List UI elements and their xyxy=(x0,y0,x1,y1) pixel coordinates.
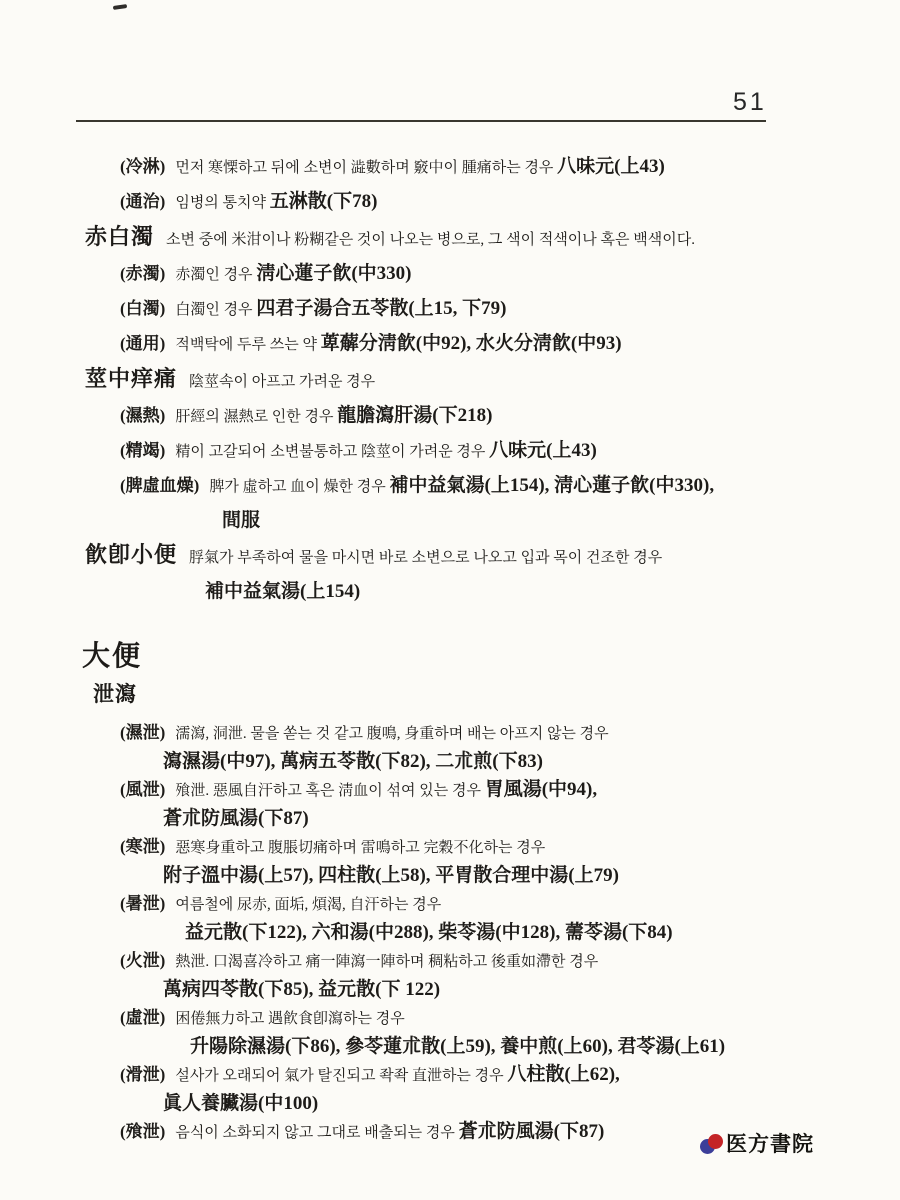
continuation-row: 間服 xyxy=(0,504,900,538)
entry-row: (濕泄)濡瀉, 洞泄. 물을 쏟는 것 같고 腹鳴, 身重하며 배는 아프지 않… xyxy=(0,719,900,748)
entry-row: (風泄)飱泄. 惡風自汗하고 혹은 淸血이 섞여 있는 경우 胃風湯(中94), xyxy=(0,776,900,805)
formula-ref: 四君子湯合五苓散(上15, 下79) xyxy=(256,298,506,319)
formula-ref: 間服 xyxy=(222,510,260,531)
book-page: 51 (冷淋)먼저 寒慄하고 뒤에 소변이 澁數하며 竅中이 腫痛하는 경우 八… xyxy=(0,0,900,1200)
continuation-row: 升陽除濕湯(下86), 參苓蓮朮散(上59), 養中煎(上60), 君苓湯(上6… xyxy=(0,1033,900,1061)
entry-label: (火泄) xyxy=(120,951,165,970)
entry-text: 적백탁에 두루 쓰는 약 xyxy=(175,337,320,353)
entry-row: (精竭)精이 고갈되어 소변불통하고 陰莖이 가려운 경우 八味元(上43) xyxy=(0,434,900,469)
entry-text: 惡寒身重하고 腹脹切痛하며 雷鳴하고 完穀不化하는 경우 xyxy=(175,840,545,856)
entry-label: (濕熱) xyxy=(120,406,165,425)
continuation-row: 補中益氣湯(上154) xyxy=(0,575,900,609)
entry-label: (濕泄) xyxy=(120,723,165,742)
formula-ref: 胃風湯(中94), xyxy=(485,779,597,800)
page-number: 51 xyxy=(733,88,767,117)
entry-text: 임병의 통치약 xyxy=(175,195,269,211)
entry-label: (通用) xyxy=(120,334,165,353)
formula-ref: 瀉濕湯(中97), 萬病五苓散(下82), 二朮煎(下83) xyxy=(163,751,543,772)
entry-row: (赤濁)赤濁인 경우 淸心蓮子飮(中330) xyxy=(0,257,900,292)
entry-label: (通治) xyxy=(120,192,165,211)
formula-ref: 補中益氣湯(上154) xyxy=(205,581,360,602)
topic-description: 소변 중에 米泔이나 粉糊같은 것이 나오는 병으로, 그 색이 적색이나 혹은… xyxy=(166,232,695,248)
entry-label: (脾虛血燥) xyxy=(120,476,199,495)
entry-text: 赤濁인 경우 xyxy=(175,267,256,283)
topic-row: 莖中痒痛陰莖속이 아프고 가려운 경우 xyxy=(0,362,900,399)
scan-artifact xyxy=(113,4,127,10)
formula-ref: 八味元(上43) xyxy=(557,156,665,177)
entry-text: 熱泄. 口渴喜冷하고 痛一陣瀉一陣하며 稠粘하고 後重如滯한 경우 xyxy=(175,954,598,970)
entry-row: (脾虛血燥)脾가 虛하고 血이 燥한 경우 補中益氣湯(上154), 淸心蓮子飮… xyxy=(0,469,900,504)
entry-text: 精이 고갈되어 소변불통하고 陰莖이 가려운 경우 xyxy=(175,444,489,460)
entry-label: (寒泄) xyxy=(120,837,165,856)
publisher-name: 医方書院 xyxy=(726,1128,814,1158)
formula-ref: 龍膽瀉肝湯(下218) xyxy=(337,405,492,426)
formula-ref: 五淋散(下78) xyxy=(270,191,378,212)
topic-heading: 飮卽小便 xyxy=(85,542,177,567)
continuation-row: 益元散(下122), 六和湯(中288), 柴苓湯(中128), 薷苓湯(下84… xyxy=(0,919,900,947)
continuation-row: 瀉濕湯(中97), 萬病五苓散(下82), 二朮煎(下83) xyxy=(0,748,900,776)
formula-ref: 補中益氣湯(上154), 淸心蓮子飮(中330), xyxy=(390,475,715,496)
continuation-row: 附子溫中湯(上57), 四柱散(上58), 平胃散合理中湯(上79) xyxy=(0,862,900,890)
entry-text: 肝經의 濕熱로 인한 경우 xyxy=(175,409,337,425)
entry-row: (火泄)熱泄. 口渴喜冷하고 痛一陣瀉一陣하며 稠粘하고 後重如滯한 경우 xyxy=(0,947,900,976)
formula-ref: 蒼朮防風湯(下87) xyxy=(459,1121,605,1142)
publisher-logo: 医方書院 xyxy=(700,1128,814,1158)
entry-label: (暑泄) xyxy=(120,894,165,913)
entry-text: 飱泄. 惡風自汗하고 혹은 淸血이 섞여 있는 경우 xyxy=(175,783,484,799)
formula-ref: 淸心蓮子飮(中330) xyxy=(256,263,411,284)
entry-row: (冷淋)먼저 寒慄하고 뒤에 소변이 澁數하며 竅中이 腫痛하는 경우 八味元(… xyxy=(0,150,900,185)
formula-ref: 眞人養臟湯(中100) xyxy=(163,1093,318,1114)
entry-text: 먼저 寒慄하고 뒤에 소변이 澁數하며 竅中이 腫痛하는 경우 xyxy=(175,160,557,176)
entry-row: (滑泄)설사가 오래되어 氣가 탈진되고 좍좍 直泄하는 경우 八柱散(上62)… xyxy=(0,1061,900,1090)
entry-row: (濕熱)肝經의 濕熱로 인한 경우 龍膽瀉肝湯(下218) xyxy=(0,399,900,434)
entry-text: 여름철에 尿赤, 面垢, 煩渴, 自汗하는 경우 xyxy=(175,897,441,913)
formula-ref: 萆薢分淸飮(中92), 水火分淸飮(中93) xyxy=(321,333,622,354)
logo-red-dot-icon xyxy=(708,1134,723,1149)
continuation-row: 蒼朮防風湯(下87) xyxy=(0,805,900,833)
formula-ref: 蒼朮防風湯(下87) xyxy=(163,808,309,829)
header-rule xyxy=(76,120,766,122)
entry-label: (冷淋) xyxy=(120,157,165,176)
entry-label: (虛泄) xyxy=(120,1008,165,1027)
entry-text: 脾가 虛하고 血이 燥한 경우 xyxy=(209,479,389,495)
entry-text: 濡瀉, 洞泄. 물을 쏟는 것 같고 腹鳴, 身重하며 배는 아프지 않는 경우 xyxy=(175,726,608,742)
subsection-heading: 泄瀉 xyxy=(0,679,900,709)
topic-heading: 莖中痒痛 xyxy=(85,366,177,391)
entry-text: 음식이 소화되지 않고 그대로 배출되는 경우 xyxy=(175,1125,458,1141)
continuation-row: 眞人養臟湯(中100) xyxy=(0,1090,900,1118)
entry-text: 설사가 오래되어 氣가 탈진되고 좍좍 直泄하는 경우 xyxy=(175,1068,507,1084)
entry-row: (暑泄)여름철에 尿赤, 面垢, 煩渴, 自汗하는 경우 xyxy=(0,890,900,919)
entry-row: (通治)임병의 통치약 五淋散(下78) xyxy=(0,185,900,220)
entry-label: (滑泄) xyxy=(120,1065,165,1084)
entry-row: (白濁)白濁인 경우 四君子湯合五苓散(上15, 下79) xyxy=(0,292,900,327)
formula-ref: 升陽除濕湯(下86), 參苓蓮朮散(上59), 養中煎(上60), 君苓湯(上6… xyxy=(190,1036,725,1057)
entry-label: (白濁) xyxy=(120,299,165,318)
topic-row: 赤白濁소변 중에 米泔이나 粉糊같은 것이 나오는 병으로, 그 색이 적색이나… xyxy=(0,220,900,257)
topic-description: 脬氣가 부족하여 물을 마시면 바로 소변으로 나오고 입과 목이 건조한 경우 xyxy=(189,550,662,566)
formula-ref: 益元散(下122), 六和湯(中288), 柴苓湯(中128), 薷苓湯(下84… xyxy=(185,922,673,943)
entry-label: (風泄) xyxy=(120,780,165,799)
formula-ref: 附子溫中湯(上57), 四柱散(上58), 平胃散合理中湯(上79) xyxy=(163,865,619,886)
entry-row: (通用)적백탁에 두루 쓰는 약 萆薢分淸飮(中92), 水火分淸飮(中93) xyxy=(0,327,900,362)
topic-row: 飮卽小便脬氣가 부족하여 물을 마시면 바로 소변으로 나오고 입과 목이 건조… xyxy=(0,538,900,575)
entry-text: 困倦無力하고 遇飮食卽瀉하는 경우 xyxy=(175,1011,404,1027)
chapter-heading: 大便 xyxy=(0,637,900,677)
formula-ref: 八味元(上43) xyxy=(489,440,597,461)
entry-row: (虛泄)困倦無力하고 遇飮食卽瀉하는 경우 xyxy=(0,1004,900,1033)
entry-text: 白濁인 경우 xyxy=(175,302,256,318)
entry-row: (寒泄)惡寒身重하고 腹脹切痛하며 雷鳴하고 完穀不化하는 경우 xyxy=(0,833,900,862)
page-body: (冷淋)먼저 寒慄하고 뒤에 소변이 澁數하며 竅中이 腫痛하는 경우 八味元(… xyxy=(0,150,900,1147)
entry-label: (赤濁) xyxy=(120,264,165,283)
formula-ref: 八柱散(上62), xyxy=(507,1064,619,1085)
continuation-row: 萬病四苓散(下85), 益元散(下 122) xyxy=(0,976,900,1004)
topic-heading: 赤白濁 xyxy=(85,224,154,249)
entry-label: (飱泄) xyxy=(120,1122,165,1141)
entry-label: (精竭) xyxy=(120,441,165,460)
topic-description: 陰莖속이 아프고 가려운 경우 xyxy=(189,374,375,390)
formula-ref: 萬病四苓散(下85), 益元散(下 122) xyxy=(163,979,440,1000)
